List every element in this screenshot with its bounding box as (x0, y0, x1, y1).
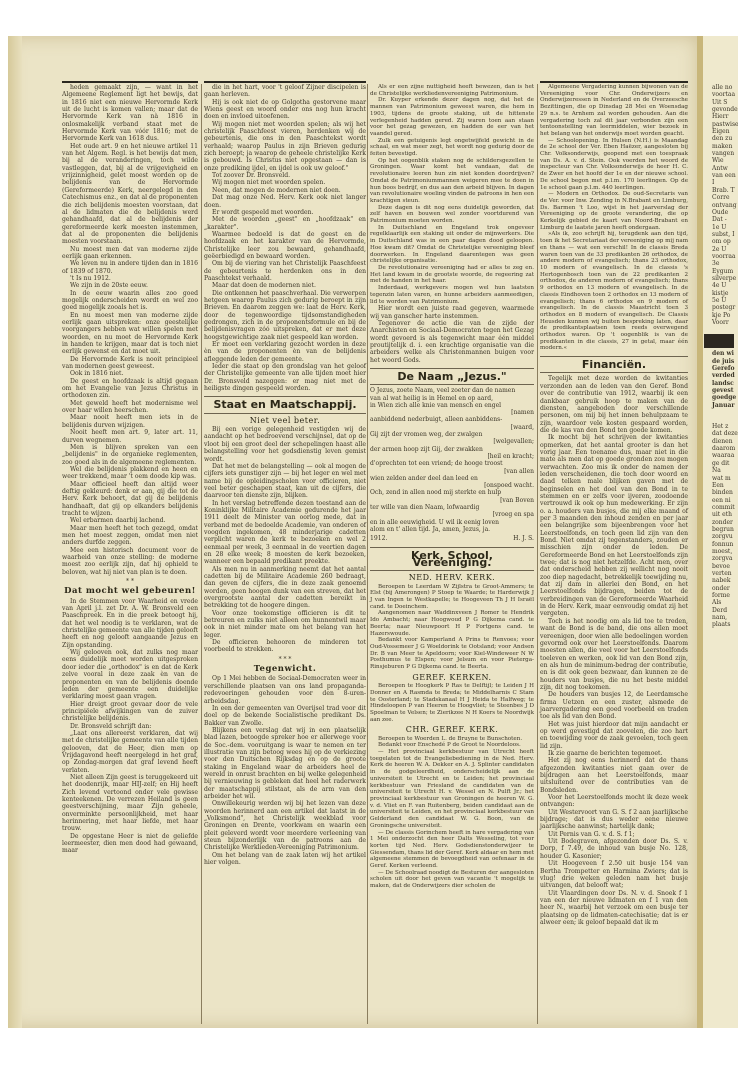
paragraph: Hij is ook niet de op Golgotha gestorven… (204, 99, 366, 121)
text-fragment: alle no (704, 84, 738, 91)
poem-line: alom en t' allen tijd. Ja, amen, Jezus, … (370, 526, 534, 533)
paragraph: Tegenover de actie die van de zijde der … (370, 320, 534, 364)
section-heading: Kerk, School, Vereeniging. (370, 547, 534, 572)
paragraph: Wel erbarmen daarbij lachend. (62, 517, 198, 524)
paragraph: Ieder die staat op den grondslag van het… (204, 363, 366, 392)
paragraph: die in het hart, voor 't geloof Zijner d… (204, 84, 366, 99)
paragraph: In de eeuw waarin alles zoo goed mogelij… (62, 290, 198, 312)
notice: — De Schoolraad noodigt de Besturen der … (370, 870, 534, 890)
paragraph: Blijkens een verslag dat wij in een plaa… (204, 727, 366, 800)
text-fragment: Derd (704, 607, 738, 614)
partial-fragments-bottom: Het zdat dezedienendaaromwaaraage ditNaw… (704, 423, 738, 629)
text-fragment: zorgva (704, 555, 738, 562)
text-fragment: dienen (704, 438, 738, 445)
poem-line: O Jezus, zoete Naam, veel zoeter dan de … (370, 387, 534, 394)
column-1: heden gemaakt zijn, — want in het Algeme… (62, 84, 198, 855)
text-fragment: 4e U (704, 282, 738, 289)
paragraph: Er moet een verklaring gezocht worden in… (204, 341, 366, 363)
text-fragment: plaats (704, 621, 738, 628)
poem-line: [welgevallen; (370, 438, 534, 445)
paragraph: „Laat ons allereerst verklaren, dat wij … (62, 730, 198, 774)
paragraph: We leven nu in andere tijden dan in 1816… (62, 260, 198, 275)
background-below-page (0, 1028, 738, 1068)
paragraph: Ook in 1816 niet. (62, 370, 198, 377)
ad-line: goedge (704, 394, 738, 401)
text-fragment: zonder (704, 519, 738, 526)
sub-heading-cgk: CHR. GEREF. KERK. (370, 726, 534, 733)
poem-line: en in alle eeuwigheid. U wil ik eenig lo… (370, 519, 534, 526)
paragraph: heden gemaakt zijn, — want in het Algeme… (62, 84, 198, 143)
ad-line: gevest (704, 387, 738, 394)
notice: — De classis Gorinchem heeft in hare ver… (370, 830, 534, 870)
paragraph: Op het oogenblik staken nog de schilders… (370, 158, 534, 205)
poem-line: [namen (370, 409, 534, 416)
ad-line: de juis (704, 358, 738, 365)
column-5-partial: alle novoortaaUit SgevondeHierrpastwiseE… (704, 84, 738, 629)
paragraph: Die ontkennen het paaschverhaal. Die ver… (204, 290, 366, 341)
quoted-article: Als er een zijne nuttigheid heeft beweze… (370, 84, 534, 305)
paragraph: Het zij nog eens herinnerd dat de thans … (540, 757, 688, 794)
paragraph: Waarmee bedoeld is dat de geest en de ho… (204, 231, 366, 260)
poem-line: aanbiddend nederbuigt, alleen aanbiddens… (370, 416, 534, 423)
poem-year: 1912. (370, 535, 387, 542)
paragraph: In een der gemeenten van Overijsel trad … (204, 705, 366, 727)
gk-notices: Beroepen te Hoogkerk P Ras te Delftijl; … (370, 683, 534, 723)
text-fragment: moest, (704, 548, 738, 555)
paragraph: Het oude art. 9 en het nieuwe artikel 11… (62, 143, 198, 246)
text-fragment: voortaa (704, 91, 738, 98)
text-fragment: nabek (704, 577, 738, 584)
text-fragment: kistje (704, 290, 738, 297)
paragraph: In de Stemmen voor Waarheid en vrede van… (62, 598, 198, 649)
column-3-paragraphs: Hier wordt een juiste raad gegeven, waar… (370, 305, 534, 364)
paragraph: De officieren behooren de minderen tot v… (204, 639, 366, 654)
column-divider (201, 84, 202, 1024)
text-fragment: pastwise (704, 121, 738, 128)
paragraph: Nu moest men dat van moderne zijde eerli… (62, 246, 198, 261)
article-body: Op 1 Mei hebben de Sociaal-Democraten we… (204, 675, 366, 866)
text-fragment: 5e U (704, 297, 738, 304)
paragraph: Tot zoover Dr. Bronsveld. (204, 172, 366, 179)
poem-line: Gij zijt der vromen weg, der zwalgen (370, 431, 534, 438)
text-fragment: Hierr (704, 113, 738, 120)
notice: Aangenomen naar Waddinxveen J Romer te H… (370, 610, 534, 637)
text-fragment: Wie (704, 157, 738, 164)
paragraph: Uit Pernis van G. v. d. S. f 1; (540, 831, 688, 838)
text-fragment: silverpe (704, 275, 738, 282)
text-fragment: waaraa (704, 452, 738, 459)
poem-signature: 1912. H. J. S. (370, 535, 534, 542)
nhk-notices: Beroepen te Leerdam W Zijlstra te Groot-… (370, 584, 534, 671)
text-fragment: voorraa (704, 253, 738, 260)
paragraph: Ik zie gaarne de berichten tegemoet. (540, 750, 688, 757)
section-heading: Staat en Maatschappij. (204, 396, 366, 413)
poem-line: d'oprechten tot een vriend; de hooge tro… (370, 460, 534, 467)
paragraph: Als er een zijne nuttigheid heeft beweze… (370, 84, 534, 97)
sub-heading-gk: GEREF. KERKEN. (370, 674, 534, 681)
section-heading: Financiën. (540, 356, 688, 373)
paragraph: Algemeene Vergadering kunnen bijwonen va… (540, 84, 688, 138)
paragraph: Dat het met de belangstelling — ook al m… (204, 463, 366, 500)
paragraph: Er wordt gespeeld met woorden. (204, 209, 366, 216)
paragraph: In het verslag betreffende dezen toestan… (204, 500, 366, 566)
paragraph: Uit Hoogeveen f 2.50 uit busje 154 van B… (540, 860, 688, 889)
text-fragment: gevonde (704, 106, 738, 113)
paragraph: Dr. Bronsveld schrijft dan: (62, 723, 198, 730)
text-fragment: een ni (704, 497, 738, 504)
article-body: In de Stemmen voor Waarheid en vrede van… (62, 598, 198, 855)
text-fragment: den zu (704, 135, 738, 142)
paragraph: Wij gelooven ook, dat zulks nog maar een… (62, 649, 198, 700)
column-4: Algemeene Vergadering kunnen bijwonen va… (540, 84, 688, 926)
paragraph: Voor onze toekomstige officieren is dit … (204, 610, 366, 639)
notice: Beroepen te Leerdam W Zijlstra te Groot-… (370, 584, 534, 611)
text-fragment: wat m (704, 475, 738, 482)
ad-line: landsc (704, 380, 738, 387)
text-fragment: fonnun (704, 541, 738, 548)
poem-initials: H. J. S. (513, 535, 534, 542)
notice: Bedankt voor Kamperland A Prins te Renvo… (370, 637, 534, 671)
paragraph: De geest en hoofdzaak is altijd gegaan o… (62, 378, 198, 400)
paragraph: Toch is het noodig om als lid toe te tre… (540, 618, 688, 691)
text-fragment: commit (704, 504, 738, 511)
text-fragment: om op (704, 238, 738, 245)
poem-line: [vroeg en spa (370, 511, 534, 518)
text-fragment: forme (704, 592, 738, 599)
text-fragment: Het z (704, 423, 738, 430)
poem-line: [van Boven (370, 497, 534, 504)
text-fragment: Een (704, 482, 738, 489)
text-fragment: Dat - (704, 216, 738, 223)
paragraph: Om het belang van de zaak laten wij het … (204, 852, 366, 867)
text-fragment: 1e U (704, 224, 738, 231)
text-fragment: onder (704, 585, 738, 592)
paragraph: Deze dagen is dit nog eens duidelijk gew… (370, 205, 534, 225)
text-fragment: subst, I (704, 231, 738, 238)
text-fragment: ontvang (704, 202, 738, 209)
poem-body: O Jezus, zoete Naam, veel zoeter dan de … (370, 387, 534, 533)
article-title: Tegenwicht. (204, 666, 366, 673)
text-fragment: bevoe (704, 563, 738, 570)
text-fragment: zorgvu (704, 533, 738, 540)
text-fragment: ge dit (704, 460, 738, 467)
text-fragment: 2e U (704, 246, 738, 253)
paragraph: Maar nooit heeft men iets in de belijden… (62, 414, 198, 429)
poem-line: der armen hoop zijt Gij, der zwakken (370, 446, 534, 453)
paragraph: 't Is nu 1912. (62, 275, 198, 282)
paragraph: — Schoolopening. In Hulsen (N.H.) is Maa… (540, 138, 688, 192)
text-fragment: van een (704, 172, 738, 179)
paragraph: Uit Bodegraven, afgezonden door Ds. S. v… (540, 838, 688, 860)
poem-line: van al wat heilig is in Hemel en op aard… (370, 395, 534, 402)
column-top-rule (204, 81, 366, 83)
text-fragment: begrun (704, 526, 738, 533)
poem-title: De Naam „Jezus." (370, 368, 534, 385)
paragraph: Uit Westervoort van G. S. f 2 aan jaarli… (540, 809, 688, 831)
text-fragment: Eygum (704, 268, 738, 275)
section-separator: * * (62, 578, 198, 585)
paragraph: We zijn in de 20ste eeuw. (62, 282, 198, 289)
paragraph: De Hervormde Kerk is nooit principieel v… (62, 356, 198, 371)
article-title: Dat mocht wel gebeuren! (62, 588, 198, 595)
column-divider (537, 84, 538, 1024)
paragraph: In Duitschland en Engeland trok ongeveer… (370, 225, 534, 265)
paragraph: Maar officieel heeft dan altijd weer def… (62, 481, 198, 518)
advertisement-text: den wide juisGerefoverdedlandscgevestgoe… (704, 350, 738, 409)
text-fragment: nam, (704, 614, 738, 621)
finance-body: Tegelijk met deze worden de kwitanties v… (540, 375, 688, 926)
paragraph: Op 1 Mei hebben de Sociaal-Democraten we… (204, 675, 366, 704)
paragraph: Het was juist hierdoor dat mijn aandacht… (540, 721, 688, 750)
text-fragment: dat deze (704, 430, 738, 437)
paragraph: Maar dat doen de modernen niet. (204, 282, 366, 289)
poem-line: [waard, (370, 424, 534, 431)
poem-line: wien zelden ander deel dan leed en (370, 475, 534, 482)
text-fragment: maken (704, 143, 738, 150)
poem-line: [onspoed wacht. (370, 482, 534, 489)
school-notices: Algemeene Vergadering kunnen bijwonen va… (540, 84, 688, 352)
paragraph: Neen, dat mogen de modernen niet doen. (204, 187, 366, 194)
paragraph: Maar men heeft het toch gezegd, omdat me… (62, 525, 198, 547)
paragraph: Dat mag onze Ned. Herv. Kerk ook niet la… (204, 194, 366, 209)
paragraph: De revolutionaire vereeniging had er all… (370, 265, 534, 285)
poem-line: ter wille van dien Naam, lofwaardig (370, 504, 534, 511)
poem-line: [heil en kracht; (370, 453, 534, 460)
page-left-edge (8, 36, 22, 1028)
paragraph: Dr. Kuyper erkende dezer dagen nog, dat … (370, 97, 534, 137)
text-fragment: I (704, 179, 738, 186)
ad-line: Januar (704, 402, 738, 409)
section-body: Bij een vorige gelegenheid vestigden wij… (204, 426, 366, 654)
column-1-paragraphs: heden gemaakt zijn, — want in het Algeme… (62, 84, 198, 576)
text-fragment: Eigen (704, 128, 738, 135)
paragraph: Hier wordt een juiste raad gegeven, waar… (370, 305, 534, 320)
paragraph: »Als ik, zoo schrijft hij, terugdenk aan… (540, 231, 688, 352)
paragraph: Met de woorden „geest" en „hoofdzaak" en… (204, 216, 366, 231)
poem-line: Och, zend in allen nood mij sterkte en h… (370, 489, 534, 496)
ad-line: Gerefo (704, 365, 738, 372)
paragraph: Als men nu in aanmerking neemt dat het a… (204, 566, 366, 610)
text-fragment: Antw (704, 165, 738, 172)
partial-fragments: alle novoortaaUit SgevondeHierrpastwiseE… (704, 84, 738, 326)
ad-line: den wi (704, 350, 738, 357)
paragraph: Bij een vorige gelegenheid vestigden wij… (204, 426, 366, 463)
advertisement-banner (704, 334, 734, 348)
paragraph: En nu moest men van moderne zijde eerlij… (62, 312, 198, 356)
text-fragment: uit eth (704, 511, 738, 518)
column-2-paragraphs: die in het hart, voor 't geloof Zijner d… (204, 84, 366, 392)
text-fragment: vangen (704, 150, 738, 157)
paragraph: Zulk een getuigenis legt ongetwijfeld ge… (370, 138, 534, 158)
text-fragment: postegr (704, 304, 738, 311)
paragraph: De houders van busjes 12, de Leerdamsche… (540, 691, 688, 720)
text-fragment: Voorr (704, 319, 738, 326)
text-fragment: daarom (704, 445, 738, 452)
poem-line: in Wien zich alle knie van mensch en eng… (370, 402, 534, 409)
text-fragment: Corre (704, 194, 738, 201)
notice: — Het provinciaal kerkbestuur van Utrech… (370, 749, 534, 829)
paragraph: Uit Vlaardingen door Ds. N. v. d. Snoek … (540, 890, 688, 927)
text-fragment: binden (704, 489, 738, 496)
text-fragment: Uit S (704, 99, 738, 106)
text-fragment: kje Po (704, 312, 738, 319)
ad-line: verded (704, 372, 738, 379)
paragraph: Inderdaad, werkgevers mogen wel hun laat… (370, 285, 534, 305)
paragraph: Wij mogen niet met woorden spelen. (204, 179, 366, 186)
paragraph: Wij mogen niet met woorden spelen; als w… (204, 121, 366, 172)
paragraph: Met geweld heeft het modernisme wel over… (62, 400, 198, 415)
notice: Bedankt voor Enschedé P de Groot te Noor… (370, 742, 534, 749)
column-2: die in het hart, voor 't geloof Zijner d… (204, 84, 366, 866)
paragraph: Men is blijven spreken van een „belijden… (62, 444, 198, 466)
paragraph: Wel die belijdenis plakkend en heen en w… (62, 466, 198, 481)
notice: Beroepen te Hoogkerk P Ras te Delftijl; … (370, 683, 534, 723)
section-separator: * * * (204, 656, 366, 663)
cgk-notices: Beroepen te Woerden L. de Bruyne te Buns… (370, 736, 534, 890)
paragraph: Hier dreigt groot gevaar door de vele pr… (62, 701, 198, 723)
text-fragment: Brab. T (704, 187, 738, 194)
poem-line: [van allen (370, 468, 534, 475)
text-fragment: Na (704, 467, 738, 474)
paragraph: De opgestane Heer is niet de geliefde le… (62, 833, 198, 855)
paragraph: Om bij de viering van het Christelijk Pa… (204, 260, 366, 282)
text-fragment: verten (704, 570, 738, 577)
column-3: Als er een zijne nuttigheid heeft beweze… (370, 84, 534, 890)
paragraph: Onwillekeurig werden wij bij het lezen v… (204, 800, 366, 851)
column-divider (367, 84, 368, 1024)
paragraph: Mee een historisch document voor de waar… (62, 547, 198, 576)
paragraph: — Modern en Orthodox. De oud-Secretaris … (540, 191, 688, 231)
text-fragment: 3e (704, 260, 738, 267)
paragraph: Voor het Leerstoelfonds mocht ik deze we… (540, 794, 688, 809)
sub-heading: Niet veel beter. (204, 417, 366, 424)
column-top-rule (540, 81, 688, 83)
paragraph: Nooit heeft men art. 9, later art. 11, d… (62, 429, 198, 444)
paragraph: Niet alleen Zijn geest is teruggekeerd u… (62, 774, 198, 833)
paragraph: Tegelijk met deze worden de kwitanties v… (540, 375, 688, 434)
paragraph: Ik mocht bij het schrijven der kwitantie… (540, 434, 688, 618)
text-fragment: Oude (704, 209, 738, 216)
column-top-rule (62, 81, 198, 83)
sub-heading-nhk: NED. HERV. KERK. (370, 574, 534, 581)
text-fragment: Als (704, 599, 738, 606)
